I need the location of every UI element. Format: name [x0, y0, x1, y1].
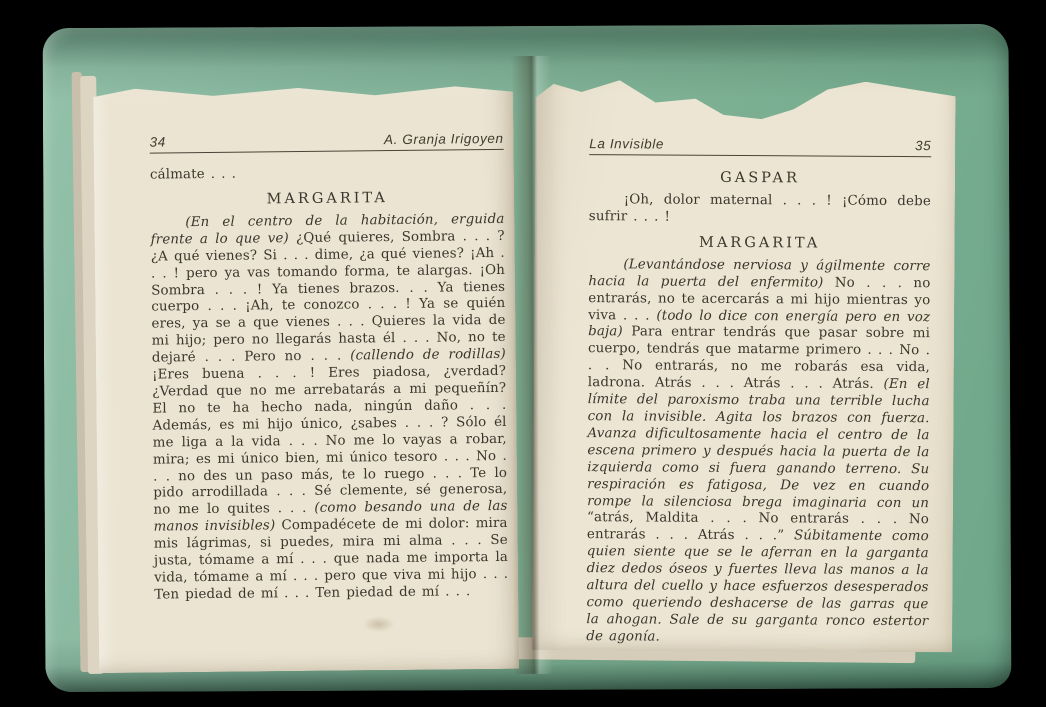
page-stain: [363, 616, 395, 632]
right-page: La Invisible 35 GASPAR ¡Oh, dolor matern…: [532, 58, 956, 653]
dialogue-paragraph-margarita-left: (En el centro de la habitación, erguida …: [150, 212, 508, 605]
speaker-heading-margarita-right: MARGARITA: [589, 234, 931, 252]
left-page: 34 A. Granja Irigoyen cálmate . . . MARG…: [93, 81, 519, 673]
photo-background: 34 A. Granja Irigoyen cálmate . . . MARG…: [0, 0, 1046, 707]
left-page-header: 34 A. Granja Irigoyen: [150, 131, 504, 154]
continuation-line: cálmate . . .: [150, 164, 504, 185]
speaker-heading-gaspar: GASPAR: [589, 169, 931, 187]
speaker-heading-margarita-left: MARGARITA: [150, 189, 504, 209]
dialogue-paragraph-margarita-right: (Levantándose nerviosa y ágilmente corre…: [586, 257, 930, 648]
right-page-number: 35: [915, 138, 931, 153]
right-page-header: La Invisible 35: [589, 136, 931, 157]
running-header-author: A. Granja Irigoyen: [384, 131, 504, 147]
running-header-title: La Invisible: [589, 136, 664, 151]
dialogue-paragraph-gaspar: ¡Oh, dolor maternal . . . ! ¡Cómo debe s…: [589, 192, 931, 228]
left-page-number: 34: [150, 134, 166, 149]
book-cover: 34 A. Granja Irigoyen cálmate . . . MARG…: [43, 24, 1012, 692]
